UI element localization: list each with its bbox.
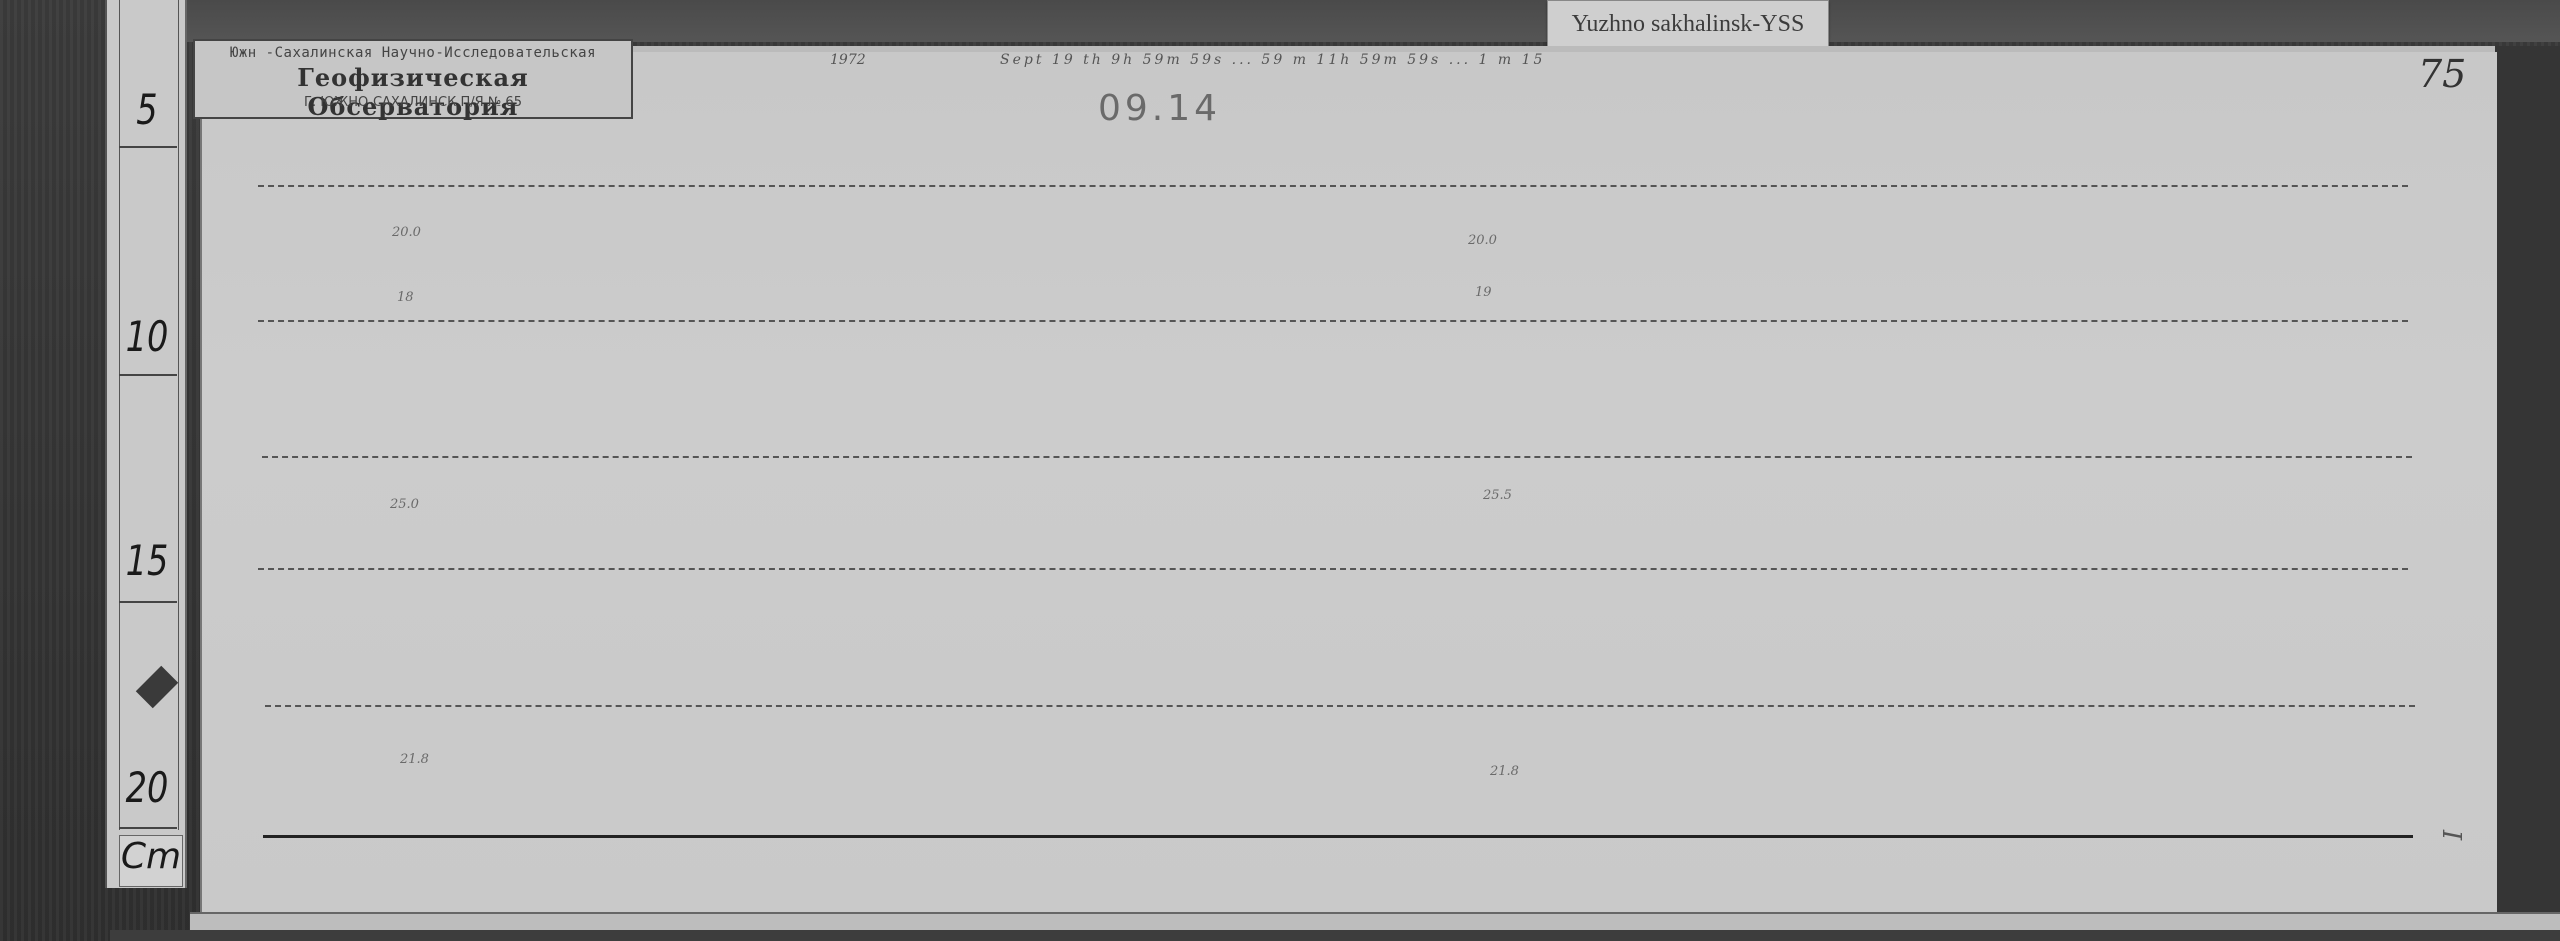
ruler-tick <box>119 374 177 376</box>
trace-annotation: 20.0 <box>1468 233 1497 248</box>
ruler-mark-10: 10 <box>115 312 179 361</box>
stamp-line-3: Г. ЮЖНО-САХАЛИНСК П/Я № 65 <box>195 95 631 110</box>
date-note: 09.14 <box>1098 88 1221 129</box>
upper-record-strip <box>185 0 2560 42</box>
ruler-tick <box>119 601 177 603</box>
seismogram-trace <box>265 705 2415 707</box>
ruler-unit: Cm <box>119 835 183 887</box>
station-label: Yuzhno sakhalinsk-YSS <box>1547 0 1829 48</box>
seismogram-trace <box>263 835 2413 838</box>
ruler-mark-5: 5 <box>115 85 179 134</box>
trace-annotation: 19 <box>1475 285 1492 300</box>
trace-annotation: 18 <box>397 290 414 305</box>
ruler-mark-15: 15 <box>115 536 179 585</box>
year-note: 1972 <box>830 52 866 68</box>
seismogram-trace <box>258 568 2408 570</box>
trace-annotation: 20.0 <box>392 225 421 240</box>
seismogram-trace <box>262 456 2412 458</box>
side-mark: I <box>2436 830 2466 840</box>
ruler-mark-20: 20 <box>115 763 179 812</box>
stamp-line-1: Южн -Сахалинская Научно-Исследовательска… <box>195 45 631 61</box>
trace-annotation: 21.8 <box>1490 764 1519 779</box>
ruler-tick <box>119 827 177 829</box>
trace-annotation: 25.0 <box>390 497 419 512</box>
stamp-line-2: Геофизическая Обсерватория <box>195 63 631 121</box>
desk-bottom <box>110 930 2560 941</box>
ruler-tick <box>119 146 177 148</box>
scale-ruler: 5 10 15 20 Cm <box>105 0 187 888</box>
time-note: Sept 19 th 9h 59m 59s ... 59 m 11h 59m 5… <box>1000 52 1545 68</box>
seismogram-trace <box>258 320 2408 322</box>
trace-annotation: 25.5 <box>1483 488 1512 503</box>
seismogram-trace <box>258 185 2408 187</box>
desk-right <box>2495 46 2560 916</box>
trace-annotation: 21.8 <box>400 752 429 767</box>
paper-bottom-edge <box>190 912 2560 932</box>
page-number: 75 <box>2418 52 2466 96</box>
seismogram-paper <box>200 52 2497 914</box>
observatory-stamp: Южн -Сахалинская Научно-Исследовательска… <box>193 39 633 119</box>
